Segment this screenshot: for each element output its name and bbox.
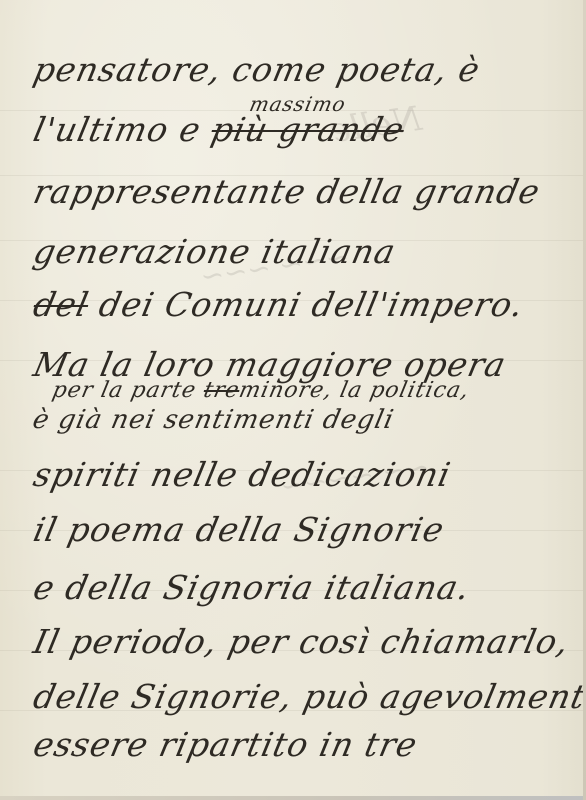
manuscript-line: del dei Comuni dell'impero. (30, 285, 528, 324)
struck-text: del (30, 285, 93, 324)
manuscript-line: e della Signoria italiana. (30, 568, 474, 607)
manuscript-line: è già nei sentimenti degli (30, 405, 397, 435)
manuscript-line: delle Signorie, può agevolmente (30, 677, 586, 716)
manuscript-page: Nelle ~~~ ~~~ ~~ ~~~~ pensatore, come po… (0, 0, 586, 800)
page-edge (0, 796, 586, 800)
manuscript-line: generazione italiana (30, 232, 399, 271)
manuscript-line: per la parte treminore, la politica, (50, 378, 472, 403)
struck-text: tre (201, 378, 242, 403)
manuscript-line: spiriti nelle dedicazioni (30, 455, 455, 494)
manuscript-line: pensatore, come poeta, è (30, 50, 484, 89)
manuscript-line: l'ultimo e più grande (30, 110, 408, 149)
struck-text: più grande (208, 110, 408, 149)
manuscript-line: rappresentante della grande (30, 172, 544, 211)
manuscript-line: essere ripartito in tre (30, 725, 421, 764)
manuscript-line: Il periodo, per così chiamarlo, (30, 622, 573, 661)
manuscript-line: il poema della Signorie (30, 510, 448, 549)
